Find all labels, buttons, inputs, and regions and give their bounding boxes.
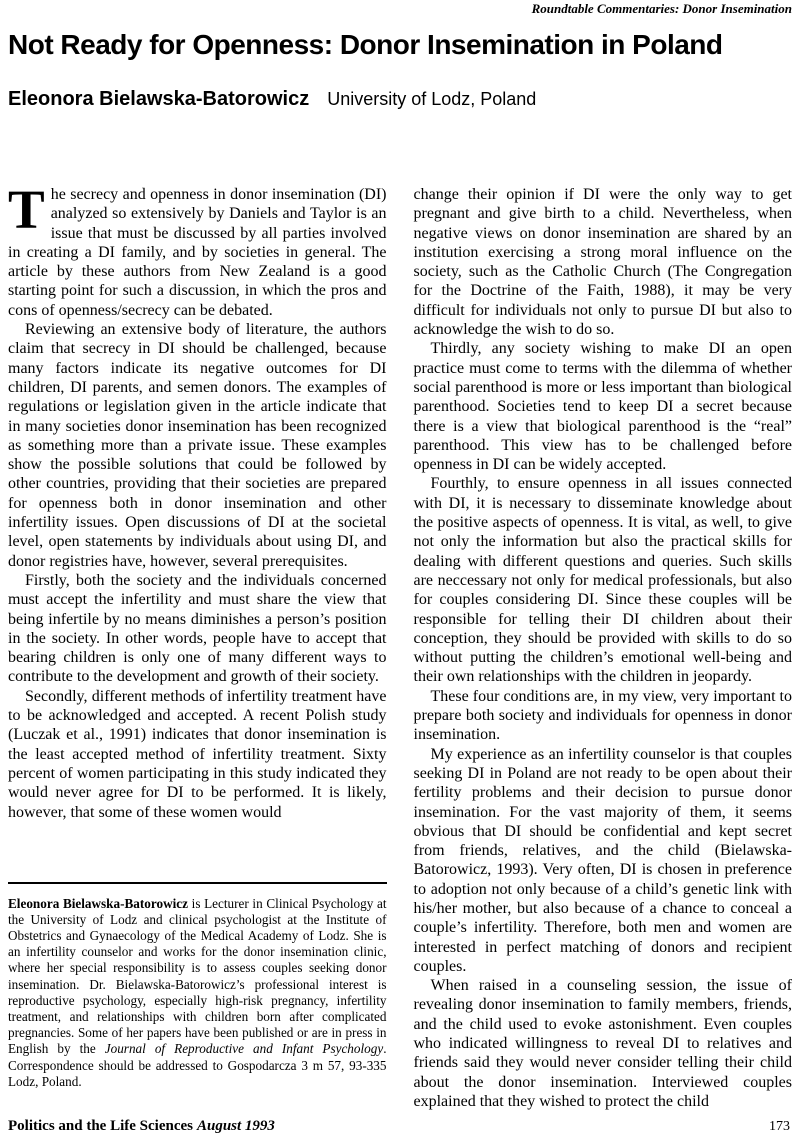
left-column: The secrecy and openness in donor insemi… — [8, 185, 387, 1090]
paragraph-text: he secrecy and openness in donor insemin… — [8, 186, 387, 319]
paragraph: These four conditions are, in my view, v… — [414, 687, 793, 745]
paragraph: Secondly, different methods of infertili… — [8, 687, 387, 822]
author-name: Eleonora Bielawska-Batorowicz — [8, 88, 309, 111]
paragraph: change their opinion if DI were the only… — [414, 185, 793, 339]
author-affiliation: University of Lodz, Poland — [327, 89, 536, 110]
footnote-bio-part1: is Lecturer in Clinical Psychology at th… — [8, 896, 387, 1057]
paragraph-dropcap: The secrecy and openness in donor insemi… — [8, 185, 387, 320]
footnote-author-name: Eleonora Bielawska-Batorowicz — [8, 896, 188, 911]
paragraph: When raised in a counseling session, the… — [414, 976, 793, 1111]
paragraph: Thirdly, any society wishing to make DI … — [414, 339, 793, 474]
page-footer: Politics and the Life Sciences August 19… — [8, 1117, 790, 1135]
footer-issue-date: August 1993 — [197, 1118, 275, 1134]
footnote-text: Eleonora Bielawska-Batorowicz is Lecture… — [8, 896, 387, 1090]
author-footnote: Eleonora Bielawska-Batorowicz is Lecture… — [8, 882, 387, 1090]
article-body: The secrecy and openness in donor insemi… — [8, 185, 792, 1090]
paragraph: Reviewing an extensive body of literatur… — [8, 320, 387, 571]
article-title: Not Ready for Openness: Donor Inseminati… — [8, 29, 792, 61]
paragraph: My experience as an infertility counselo… — [414, 745, 793, 977]
paragraph: Firstly, both the society and the indivi… — [8, 571, 387, 687]
dropcap-letter: T — [8, 185, 51, 232]
footer-journal-name: Politics and the Life Sciences — [8, 1118, 193, 1134]
footer-journal-line: Politics and the Life Sciences August 19… — [8, 1117, 275, 1135]
running-head: Roundtable Commentaries: Donor Inseminat… — [8, 0, 792, 16]
footnote-journal-title: Journal of Reproductive and Infant Psych… — [105, 1041, 383, 1056]
right-column: change their opinion if DI were the only… — [414, 185, 793, 1090]
byline: Eleonora Bielawska-Batorowicz University… — [8, 88, 792, 111]
footnote-divider — [8, 882, 387, 884]
page-number: 173 — [769, 1119, 790, 1135]
journal-page: Roundtable Commentaries: Donor Inseminat… — [0, 0, 800, 1141]
paragraph: Fourthly, to ensure openness in all issu… — [414, 474, 793, 686]
